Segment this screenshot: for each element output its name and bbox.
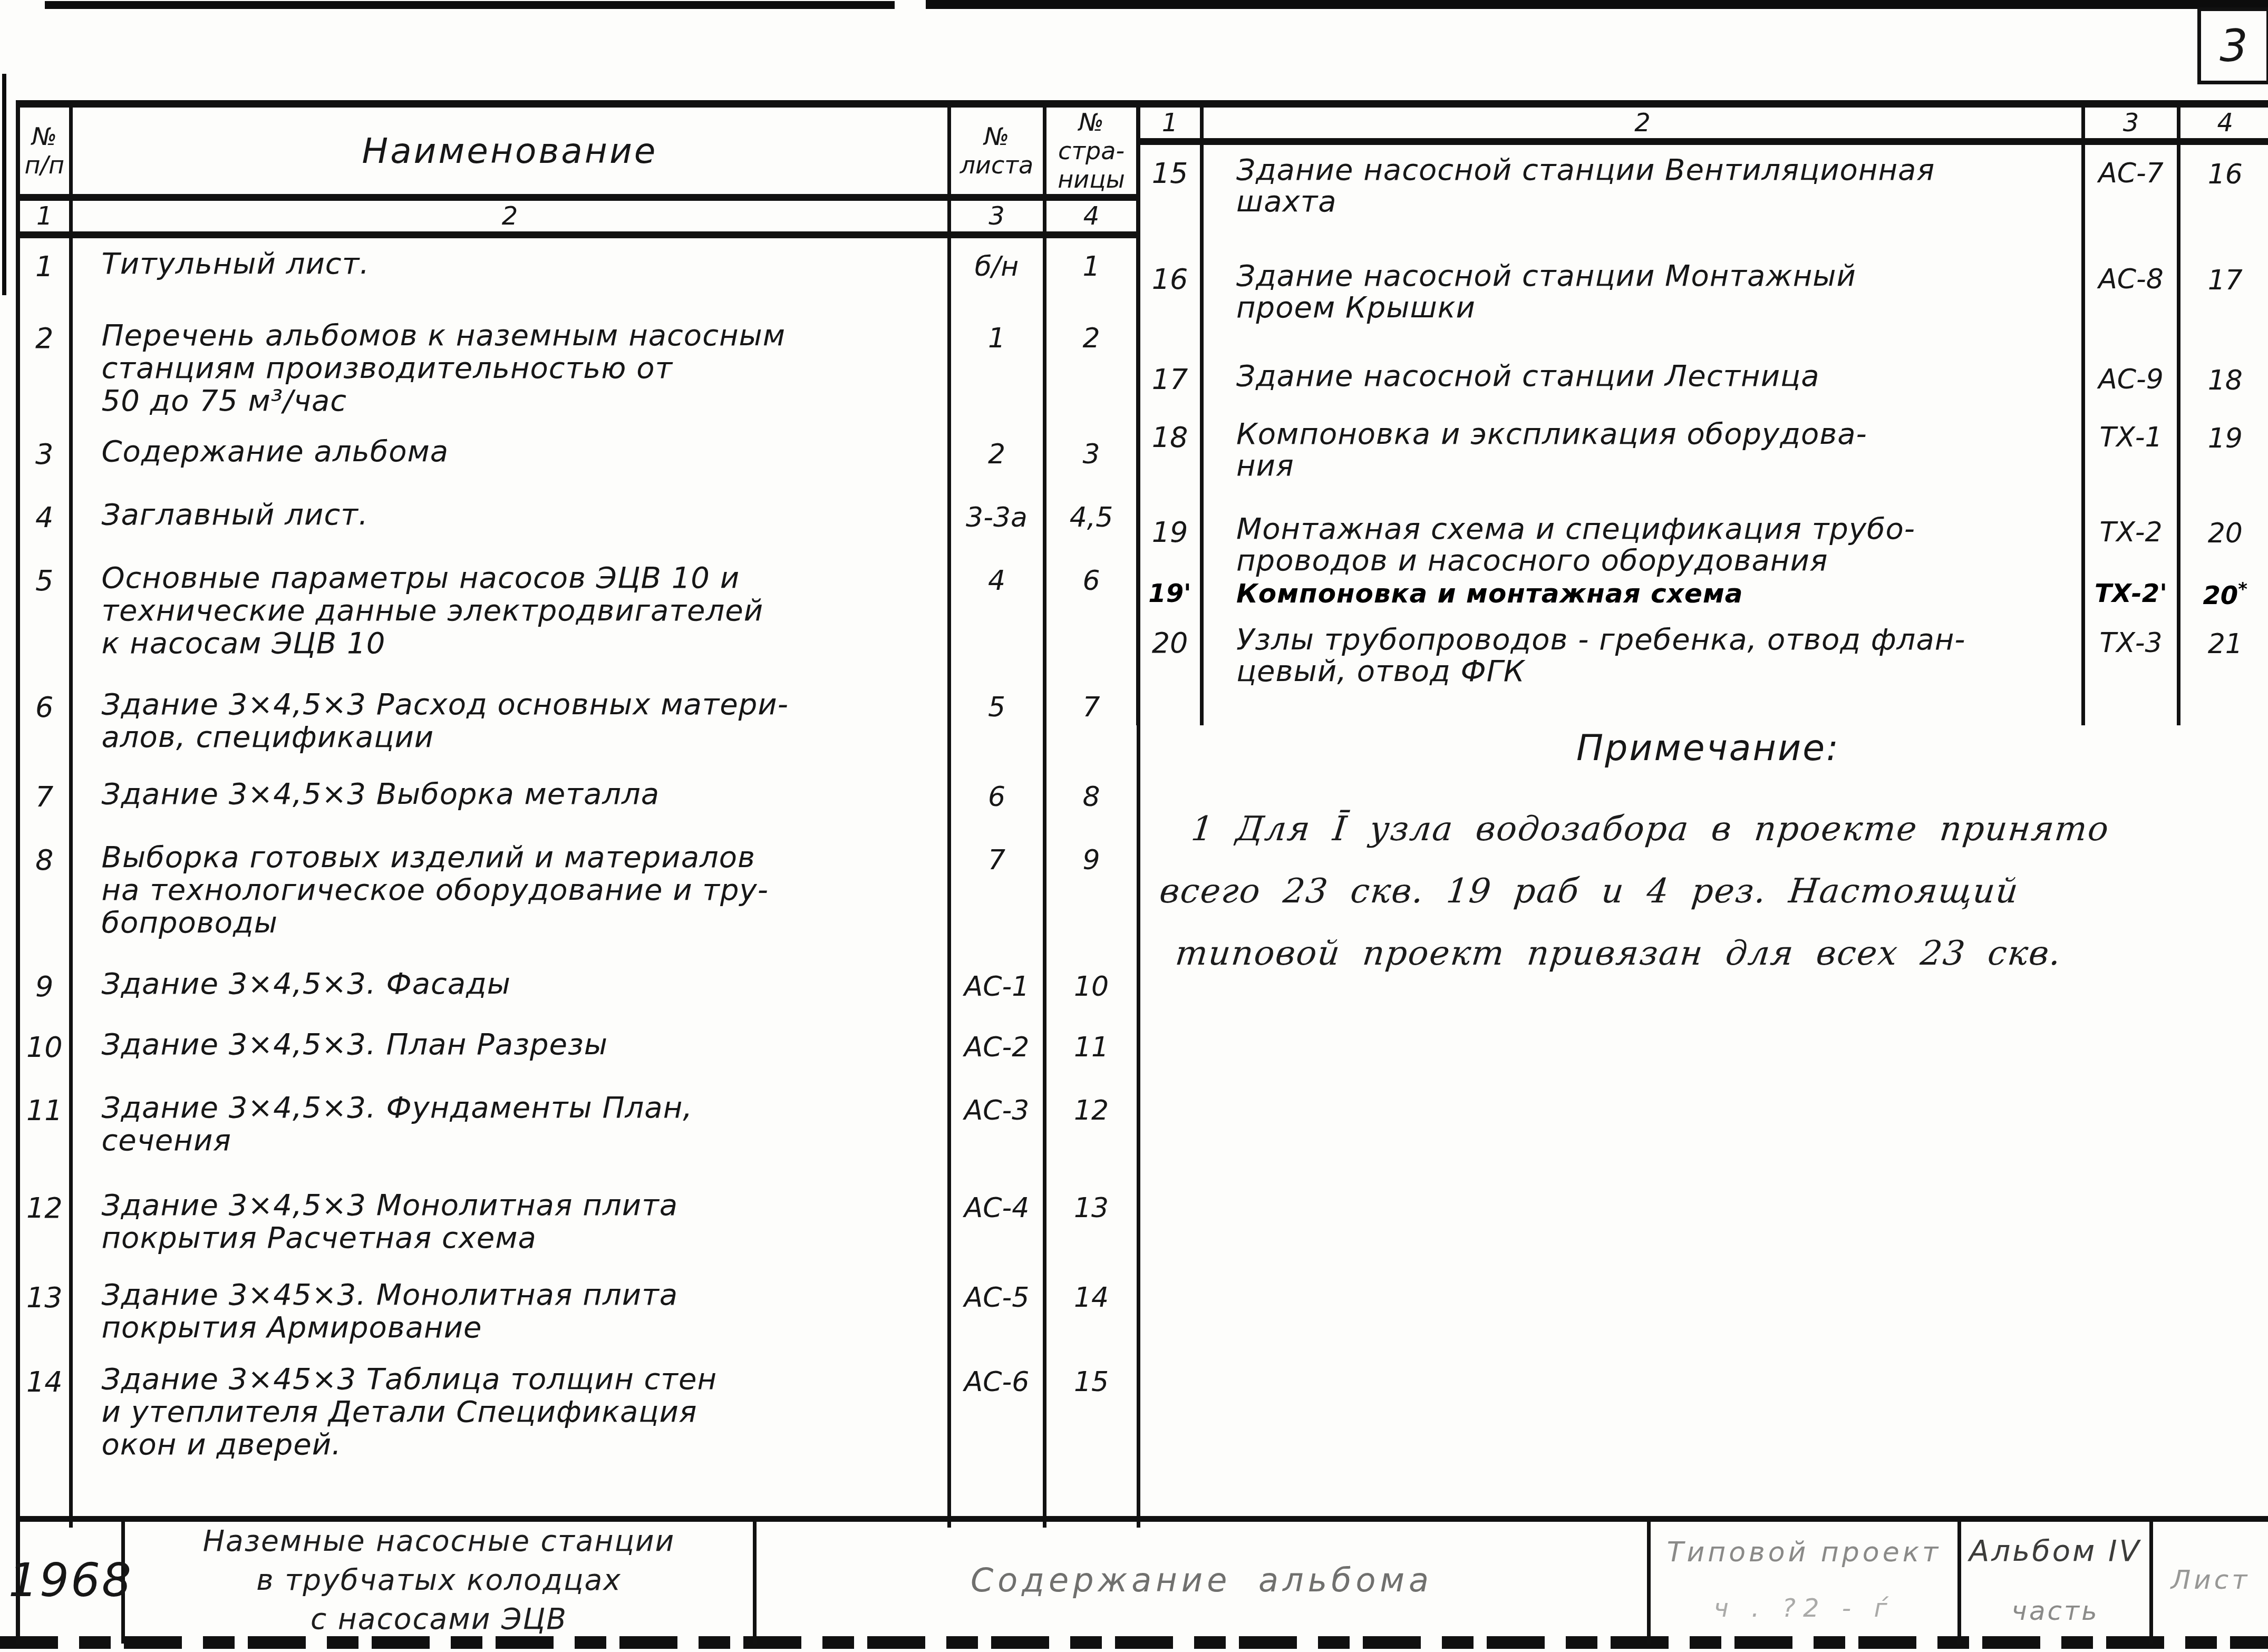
row-page-number: 20 (2179, 504, 2268, 578)
note-section: Примечание: 1 Для Ī узла водозабора в пр… (1155, 727, 2262, 985)
row-number: 6 (18, 679, 71, 769)
row-page-number: 20* (2179, 578, 2268, 615)
row-sheet-number: 5 (949, 679, 1044, 769)
row-title: Монтажная схема и спецификация трубо- пр… (1202, 504, 2083, 578)
row-title: Здание 3×45×3 Таблица толщин стен и утеп… (71, 1354, 949, 1528)
sheet-title: Содержание альбома (971, 1561, 1433, 1599)
row-sheet-number: 6 (949, 769, 1044, 832)
scan-top-edge-right (926, 0, 2268, 9)
page-number-value: 19 (2208, 423, 2243, 454)
row-number: 14 (18, 1354, 71, 1528)
row-number: 17 (1138, 351, 1202, 409)
row-title: Основные параметры насосов ЭЦВ 10 и техн… (71, 552, 949, 679)
row-number: 10 (18, 1019, 71, 1082)
table-row: 19 Монтажная схема и спецификация трубо-… (1138, 504, 2268, 578)
row-number: 1 (18, 235, 71, 310)
scan-top-edge-left (45, 1, 895, 9)
note-line: 1 Для Ī узла водозабора в проекте принят… (1151, 798, 2265, 860)
row-number: 20 (1138, 615, 1202, 725)
title-block-sheet-label-cell: Лист (2153, 1522, 2268, 1638)
row-title: Здание 3×45×3. Монолитная плита покрытия… (71, 1269, 949, 1354)
row-sheet-number: 1 (949, 310, 1044, 426)
row-sheet-number: 3-3а (949, 489, 1044, 552)
row-title: Здание 3×4,5×3. План Разрезы (71, 1019, 949, 1082)
title-block-border (753, 1516, 757, 1644)
column-numbers-row: 1 2 3 4 (18, 198, 1138, 235)
row-sheet-number: ТХ-3 (2083, 615, 2179, 725)
row-sheet-number: ТХ-1 (2083, 409, 2179, 504)
title-block-doc-type-cell: Типовой проект ч . ?2 - ѓ (1651, 1522, 1957, 1638)
row-number: 16 (1138, 251, 1202, 351)
page-number-value: 20 (2203, 581, 2238, 610)
album-part: часть (2011, 1596, 2099, 1626)
column-number: 3 (2083, 104, 2179, 142)
row-title: Заглавный лист. (71, 489, 949, 552)
row-title: Здание 3×4,5×3 Расход основных матери- а… (71, 679, 949, 769)
row-page-number: 3 (1044, 426, 1138, 489)
table-row: 4 Заглавный лист. 3-3а 4,5 (18, 489, 1138, 552)
row-number: 2 (18, 310, 71, 426)
row-title: Здание 3×4,5×3 Монолитная плита покрытия… (71, 1180, 949, 1269)
table-row: 11 Здание 3×4,5×3. Фундаменты План, сече… (18, 1082, 1138, 1180)
column-number: 4 (1044, 198, 1138, 235)
table-row: 7 Здание 3×4,5×3 Выборка металла 6 8 (18, 769, 1138, 832)
row-sheet-number: АС-4 (949, 1180, 1044, 1269)
row-page-number: 19 (2179, 409, 2268, 504)
table-row: 6 Здание 3×4,5×3 Расход основных матери-… (18, 679, 1138, 769)
row-number: 9 (18, 958, 71, 1019)
column-number: 4 (2179, 104, 2268, 142)
row-page-number: 1 (1044, 235, 1138, 310)
row-title: Титульный лист. (71, 235, 949, 310)
table-row: 2 Перечень альбомов к наземным насосным … (18, 310, 1138, 426)
page-number-value: 16 (2208, 159, 2243, 190)
row-page-number: 6 (1044, 552, 1138, 679)
row-number: 12 (18, 1180, 71, 1269)
note-line: типовой проект привязан для всех 23 скв. (1151, 922, 2265, 985)
row-title: Выборка готовых изделий и материалов на … (71, 832, 949, 958)
doc-type-number: ч . ?2 - ѓ (1713, 1593, 1894, 1623)
row-page-number: 15 (1044, 1354, 1138, 1528)
table-row: 3 Содержание альбома 2 3 (18, 426, 1138, 489)
row-number: 11 (18, 1082, 71, 1180)
row-page-number: 7 (1044, 679, 1138, 769)
row-sheet-number: 7 (949, 832, 1044, 958)
table-row: 8 Выборка готовых изделий и материалов н… (18, 832, 1138, 958)
table-row: 16 Здание насосной станции Монтажный про… (1138, 251, 2268, 351)
row-number: 8 (18, 832, 71, 958)
row-page-number: 14 (1044, 1269, 1138, 1354)
table-row: 10 Здание 3×4,5×3. План Разрезы АС-2 11 (18, 1019, 1138, 1082)
page-number-value: 21 (2208, 628, 2243, 660)
column-number: 1 (1138, 104, 1202, 142)
row-page-number: 18 (2179, 351, 2268, 409)
row-number: 3 (18, 426, 71, 489)
table-row: 15 Здание насосной станции Вентиляционна… (1138, 142, 2268, 251)
row-page-number: 2 (1044, 310, 1138, 426)
column-number: 2 (71, 198, 949, 235)
row-sheet-number: ТХ-2' (2083, 578, 2179, 615)
table-row: 5 Основные параметры насосов ЭЦВ 10 и те… (18, 552, 1138, 679)
row-title: Перечень альбомов к наземным насосным ст… (71, 310, 949, 426)
project-name-line: с насосами ЭЦВ (311, 1599, 567, 1638)
row-title: Содержание альбома (71, 426, 949, 489)
row-title: Здание 3×4,5×3. Фасады (71, 958, 949, 1019)
title-block-sheet-title-cell: Содержание альбома (757, 1522, 1647, 1638)
row-page-number: 16 (2179, 142, 2268, 251)
row-page-number: 17 (2179, 251, 2268, 351)
contents-table-left: № п/п Наименование № листа № стра- ницы … (16, 100, 1140, 1528)
row-sheet-number: АС-9 (2083, 351, 2179, 409)
row-number: 4 (18, 489, 71, 552)
row-page-number: 9 (1044, 832, 1138, 958)
title-block-border (1647, 1516, 1651, 1644)
row-sheet-number: ТХ-2 (2083, 504, 2179, 578)
note-line: всего 23 скв. 19 раб и 4 рез. Настоящий (1151, 860, 2265, 922)
page-number-value: 18 (2208, 365, 2243, 396)
row-page-number: 13 (1044, 1180, 1138, 1269)
row-title: Здание насосной станции Лестница (1202, 351, 2083, 409)
doc-type: Типовой проект (1667, 1537, 1942, 1568)
table-row: 14 Здание 3×45×3 Таблица толщин стен и у… (18, 1354, 1138, 1528)
row-sheet-number: АС-8 (2083, 251, 2179, 351)
row-page-number: 12 (1044, 1082, 1138, 1180)
row-number: 13 (18, 1269, 71, 1354)
page-number-value: 20 (2208, 518, 2243, 549)
table-row: 19' Компоновка и монтажная схема ТХ-2' 2… (1138, 578, 2268, 615)
row-number: 5 (18, 552, 71, 679)
scanned-document-page: 3 № п/п Наименование № листа № стра- ниц… (0, 0, 2268, 1652)
project-name-line: в трубчатых колодцах (256, 1560, 621, 1599)
table-row: 9 Здание 3×4,5×3. Фасады АС-1 10 (18, 958, 1138, 1019)
title-block-year-cell: 1968 (20, 1522, 121, 1638)
row-title: Здание насосной станции Монтажный проем … (1202, 251, 2083, 351)
row-title: Здание 3×4,5×3 Выборка металла (71, 769, 949, 832)
row-sheet-number: АС-2 (949, 1019, 1044, 1082)
page-number-box: 3 (2197, 7, 2268, 84)
row-title: Компоновка и экспликация оборудова- ния (1202, 409, 2083, 504)
column-number: 2 (1202, 104, 2083, 142)
row-page-number: 21 (2179, 615, 2268, 725)
row-title: Здание 3×4,5×3. Фундаменты План, сечения (71, 1082, 949, 1180)
row-title: Компоновка и монтажная схема (1202, 578, 2083, 615)
title-block-project-cell: Наземные насосные станции в трубчатых ко… (125, 1522, 753, 1638)
row-sheet-number: 2 (949, 426, 1044, 489)
row-page-number: 11 (1044, 1019, 1138, 1082)
table-row: 20 Узлы трубопроводов - гребенка, отвод … (1138, 615, 2268, 725)
table-row: 12 Здание 3×4,5×3 Монолитная плита покры… (18, 1180, 1138, 1269)
row-sheet-number: б/н (949, 235, 1044, 310)
row-title: Узлы трубопроводов - гребенка, отвод фла… (1202, 615, 2083, 725)
row-sheet-number: АС-3 (949, 1082, 1044, 1180)
scan-left-edge-mark (2, 74, 6, 295)
table-header-row: № п/п Наименование № листа № стра- ницы (18, 104, 1138, 198)
page-number-value: 17 (2208, 265, 2243, 296)
table-row: 13 Здание 3×45×3. Монолитная плита покры… (18, 1269, 1138, 1354)
row-sheet-number: АС-5 (949, 1269, 1044, 1354)
title-block-border (2149, 1516, 2153, 1644)
header-name: Наименование (71, 104, 949, 198)
row-page-number: 4,5 (1044, 489, 1138, 552)
row-number: 19 (1138, 504, 1202, 578)
header-row-number: № п/п (18, 104, 71, 198)
table-row: 18 Компоновка и экспликация оборудова- н… (1138, 409, 2268, 504)
note-title: Примечание: (1155, 727, 2262, 769)
row-sheet-number: АС-6 (949, 1354, 1044, 1528)
title-block-border (1957, 1516, 1961, 1644)
row-number: 18 (1138, 409, 1202, 504)
title-block-album-cell: Альбом IV часть (1961, 1522, 2149, 1638)
row-sheet-number: АС-1 (949, 958, 1044, 1019)
row-number: 19' (1138, 578, 1202, 615)
column-numbers-row: 1 2 3 4 (1138, 104, 2268, 142)
table-row: 1 Титульный лист. б/н 1 (18, 235, 1138, 310)
sheet-label: Лист (2171, 1564, 2251, 1595)
column-number: 1 (18, 198, 71, 235)
row-page-number: 10 (1044, 958, 1138, 1019)
row-number: 7 (18, 769, 71, 832)
column-number: 3 (949, 198, 1044, 235)
header-sheet-number: № листа (949, 104, 1044, 198)
page-number: 3 (2219, 20, 2247, 72)
header-page-number: № стра- ницы (1044, 104, 1138, 198)
row-title: Здание насосной станции Вентиляционная ш… (1202, 142, 2083, 251)
page-number-asterisk: * (2238, 579, 2247, 600)
year: 1968 (8, 1553, 133, 1607)
row-sheet-number: АС-7 (2083, 142, 2179, 251)
contents-table-right: 1 2 3 4 15 Здание насосной станции Венти… (1136, 100, 2268, 725)
row-sheet-number: 4 (949, 552, 1044, 679)
row-number: 15 (1138, 142, 1202, 251)
project-name-line: Наземные насосные станции (203, 1521, 675, 1560)
table-row: 17 Здание насосной станции Лестница АС-9… (1138, 351, 2268, 409)
album-number: Альбом IV (1969, 1534, 2141, 1568)
row-page-number: 8 (1044, 769, 1138, 832)
